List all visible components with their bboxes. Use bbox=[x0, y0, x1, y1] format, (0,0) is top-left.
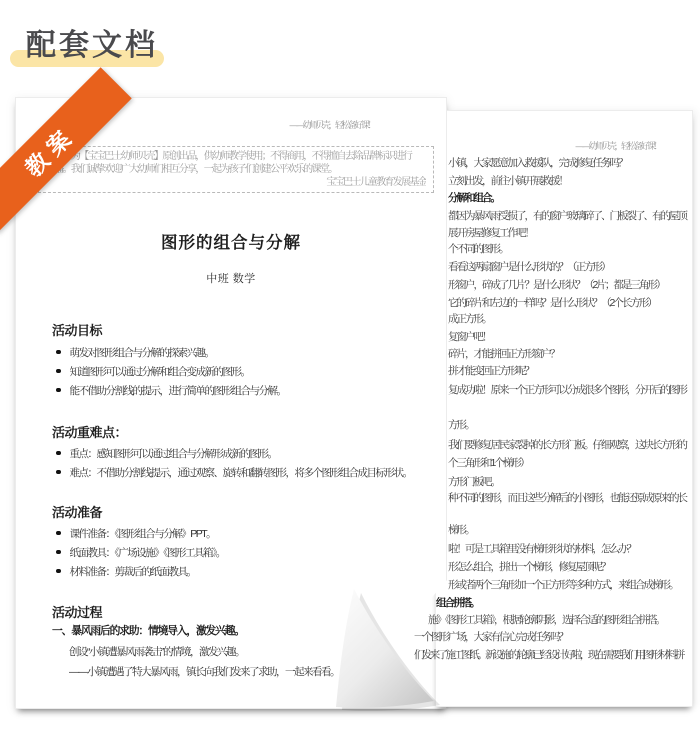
bullet-text: 材料准备：剪裁后的纸面教具。 bbox=[70, 566, 196, 578]
bullet-item: 萌发对图形组合与分解的探索兴趣。 bbox=[56, 345, 214, 360]
page2-text-line: 们发来了施工图纸。新设施的轮廓已经设计好啦，现在需要我们用图形材料拼 bbox=[414, 647, 683, 662]
bullet-item: 课件准备：《图形组合与分解》PPT。 bbox=[56, 526, 215, 541]
page-curl bbox=[330, 577, 450, 712]
bullet-icon bbox=[56, 369, 61, 374]
page2-text-line: 拼才能变回正方形呢？ bbox=[448, 363, 533, 378]
page2-text-line: 形或者两个三角形加一个正方形等多种方式，来组合成梯形。 bbox=[448, 577, 678, 592]
page2-text-line: 种不同的图形，而且这些分解后的小图形，也能还原成原来的长 bbox=[448, 490, 686, 505]
bullet-text: 难点：不借助分割线提示，通过观察、旋转和翻转图形，将多个图形组合成目标形状。 bbox=[70, 467, 412, 479]
copyright-line: 本内容为【宝宝巴士幼师贝壳】原创出品，供幼师教学使用；不得商用，不得擅自去除品牌… bbox=[46, 150, 426, 163]
page2-text-line: 立刻出发，前往小镇开展救援！ bbox=[448, 173, 567, 188]
page2-text-line: 形窗户，碎成了几片？是什么形状？（2片；都是三角形） bbox=[448, 277, 664, 292]
process-line: 创设“小镇遭暴风雨袭击”的情境，激发兴趣。 bbox=[69, 644, 244, 659]
page2-text-line: 个不同的图形。 bbox=[448, 241, 508, 256]
page2-text-line: 分解和组合。 bbox=[448, 190, 499, 205]
bullet-text: 萌发对图形组合与分解的探索兴趣。 bbox=[70, 347, 214, 359]
page2-text-line: 梯形。 bbox=[448, 522, 474, 537]
bullet-icon bbox=[56, 350, 61, 355]
page2-text-line: 展开房屋修复工作吧！ bbox=[448, 225, 533, 240]
copyright-signature: 宝宝巴士儿童教育发展基金 bbox=[46, 176, 426, 189]
page2-text-line: 我们要修复居民家裂掉的长方形门板。仔细观察，这块长方形的 bbox=[448, 437, 686, 452]
bullet-icon bbox=[56, 388, 61, 393]
page2-slogan: ——幼师贝壳，轻松备好课！ bbox=[575, 139, 660, 152]
page2-text-line: 看看这两扇窗户是什么形状的？（正方形） bbox=[448, 259, 610, 274]
bullet-text: 重点：感知图形可以通过组合与分解形成新的图形。 bbox=[70, 448, 277, 460]
page2-text-line: 它的碎片和左边的一样吗？是什么形状？（2个长方形） bbox=[448, 295, 656, 310]
section-heading-keypoints: 活动重难点： bbox=[52, 422, 127, 441]
page1-slogan: ——幼师贝壳，轻松备好课！ bbox=[289, 118, 374, 131]
copyright-notice-box: 本内容为【宝宝巴士幼师贝壳】原创出品，供幼师教学使用；不得商用，不得擅自去除品牌… bbox=[38, 146, 434, 193]
page-title: 配套文档 bbox=[26, 20, 158, 64]
section-heading-prep: 活动准备 bbox=[52, 502, 102, 521]
document-page-2: ——幼师贝壳，轻松备好课！ 小镇，大家愿意加入救援队，完成修复任务吗？ 立刻出发… bbox=[435, 110, 693, 707]
lesson-title: 图形的组合与分解 bbox=[16, 229, 446, 253]
page2-text-line: 碎片，才能拼回正方形窗户？ bbox=[448, 346, 559, 361]
section-heading-process: 活动过程 bbox=[52, 602, 102, 621]
page2-text-line: 个三角形和1个梯形） bbox=[448, 455, 528, 470]
page2-text-line: 啦！可是工具箱里没有梯形形状的材料，怎么办？ bbox=[448, 541, 635, 556]
page2-text-line: 都因为暴风雨受损了，有的窗户玻璃碎了、门板裂了、有的屋顶 bbox=[448, 208, 686, 223]
page2-text-line: 复成功啦！原来一个正方形可以分成很多个图形，分开后的图形 bbox=[448, 382, 686, 397]
page2-text-line: 成正方形。 bbox=[448, 311, 491, 326]
bullet-item: 纸面教具：《广场设施》《图形工具箱》。 bbox=[56, 545, 225, 560]
bullet-text: 课件准备：《图形组合与分解》PPT。 bbox=[70, 528, 216, 540]
section-heading-goals: 活动目标 bbox=[52, 320, 102, 339]
process-line: ——小镇遭遇了特大暴风雨，镇长向我们发来了求助，一起来看看。 bbox=[69, 664, 339, 679]
lesson-subtitle: 中班 数学 bbox=[16, 270, 446, 286]
bullet-icon bbox=[56, 569, 61, 574]
bullet-text: 能不借助分割线的提示，进行简单的图形组合与分解。 bbox=[70, 385, 286, 397]
copyright-line: 传播。我们诚挚欢迎广大幼师们相互分享，一起为孩子们创建公平欢乐的课堂。 bbox=[46, 163, 426, 176]
page2-text-line: 方形。 bbox=[448, 417, 474, 432]
page2-text-line: 方形门板吧。 bbox=[448, 474, 499, 489]
bullet-icon bbox=[56, 531, 61, 536]
bullet-item: 知道图形可以通过分解和组合变成新的图形。 bbox=[56, 364, 250, 379]
bullet-text: 知道图形可以通过分解和组合变成新的图形。 bbox=[70, 366, 250, 378]
page2-text-line: 施》《图形工具箱》，根据轮廓阴影，选择合适的图形组合拼搭。 bbox=[428, 612, 664, 627]
bullet-text: 纸面教具：《广场设施》《图形工具箱》。 bbox=[70, 547, 225, 559]
page2-text-line: 复窗户吧！ bbox=[448, 329, 491, 344]
bullet-item: 重点：感知图形可以通过组合与分解形成新的图形。 bbox=[56, 446, 277, 461]
document-preview-canvas: 配套文档 ——幼师贝壳，轻松备好课！ 小镇，大家愿意加入救援队，完成修复任务吗？… bbox=[0, 0, 700, 748]
bullet-item: 材料准备：剪裁后的纸面教具。 bbox=[56, 564, 196, 579]
bullet-item: 难点：不借助分割线提示，通过观察、旋转和翻转图形，将多个图形组合成目标形状。 bbox=[56, 465, 412, 480]
bullet-icon bbox=[56, 550, 61, 555]
page2-text-line: 小镇，大家愿意加入救援队，完成修复任务吗？ bbox=[448, 155, 627, 170]
page2-text-line: 形怎么组合，拼出一个梯形，修复屋顶呢？ bbox=[448, 559, 610, 574]
bullet-icon bbox=[56, 451, 61, 456]
process-step-title: 一、暴风雨后的求助：情境导入，激发兴趣。 bbox=[52, 623, 244, 638]
bullet-icon bbox=[56, 470, 61, 475]
bullet-item: 能不借助分割线的提示，进行简单的图形组合与分解。 bbox=[56, 383, 286, 398]
